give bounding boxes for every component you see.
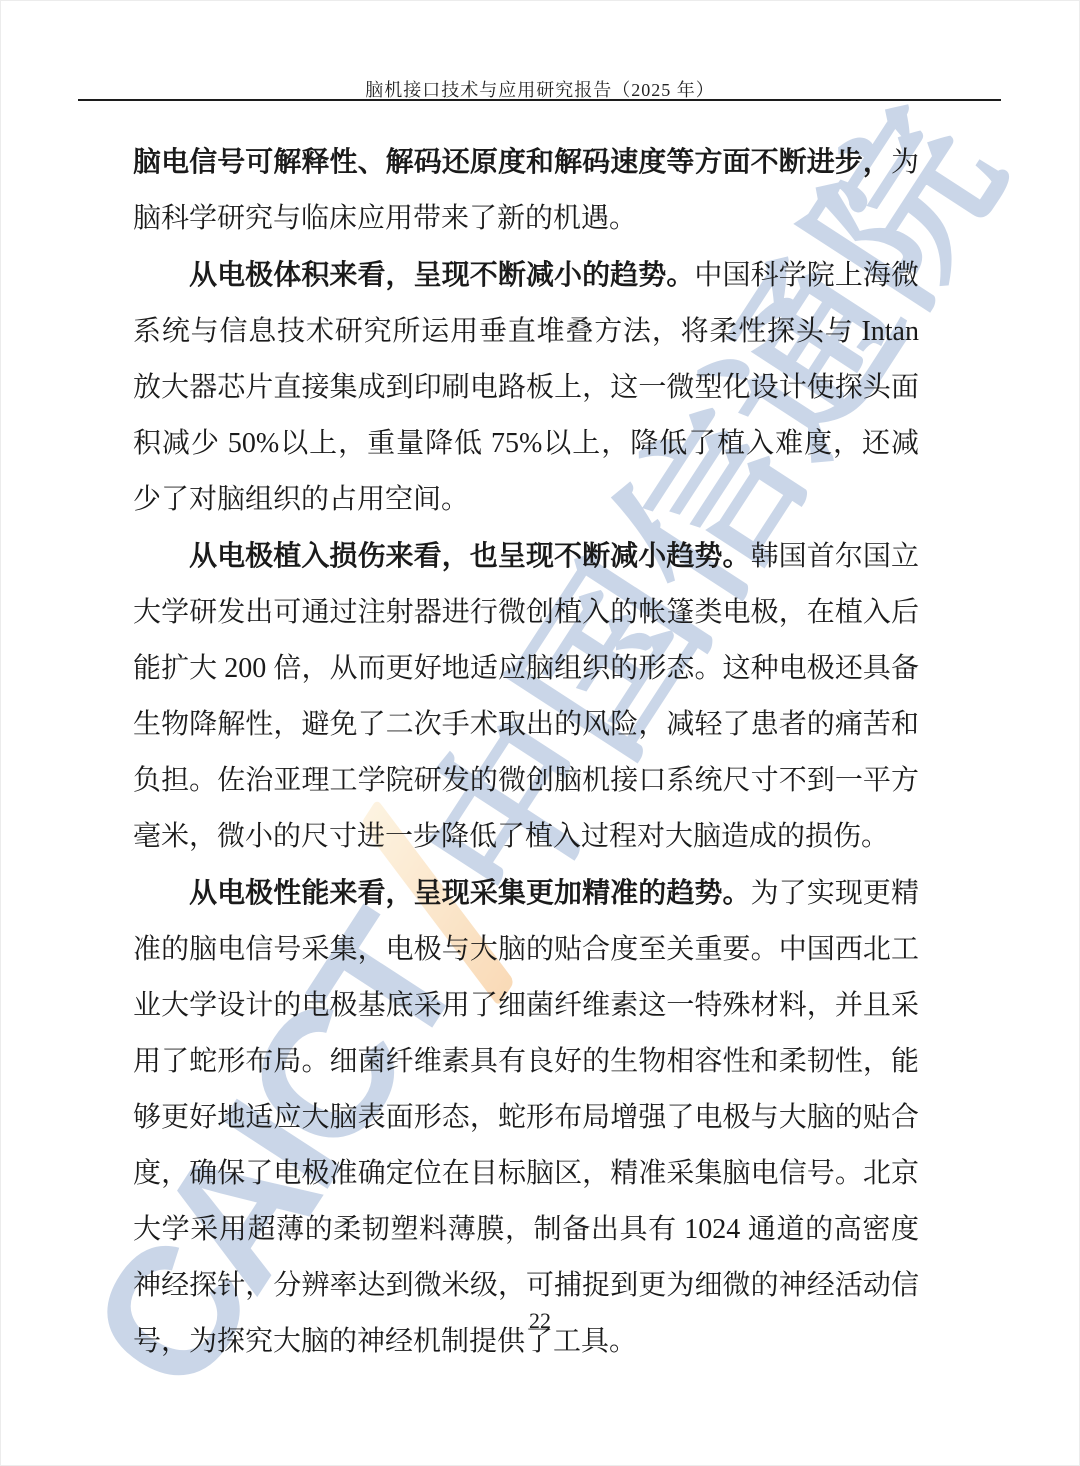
paragraph-lead-bold: 从电极植入损伤来看，也呈现不断减小趋势。 [189,540,751,571]
paragraph: 从电极植入损伤来看，也呈现不断减小趋势。韩国首尔国立大学研发出可通过注射器进行微… [133,528,919,865]
body-text: 脑电信号可解释性、解码还原度和解码速度等方面不断进步，为脑科学研究与临床应用带来… [133,134,919,1370]
paragraph: 从电极性能来看，呈现采集更加精准的趋势。为了实现更精准的脑电信号采集，电极与大脑… [133,865,919,1370]
page-number: 22 [0,1308,1080,1334]
header-rule [78,99,1001,101]
paragraph-lead-bold: 从电极性能来看，呈现采集更加精准的趋势。 [189,877,751,908]
paragraph: 从电极体积来看，呈现不断减小的趋势。中国科学院上海微系统与信息技术研究所运用垂直… [133,247,919,528]
paragraph-lead-bold: 脑电信号可解释性、解码还原度和解码速度等方面不断进步， [133,146,891,177]
paragraph-lead-bold: 从电极体积来看，呈现不断减小的趋势。 [189,259,694,290]
document-page: 脑机接口技术与应用研究报告（2025 年） CAICT 中国信通院 脑电信号可解… [0,0,1080,1466]
paragraph: 脑电信号可解释性、解码还原度和解码速度等方面不断进步，为脑科学研究与临床应用带来… [133,134,919,247]
